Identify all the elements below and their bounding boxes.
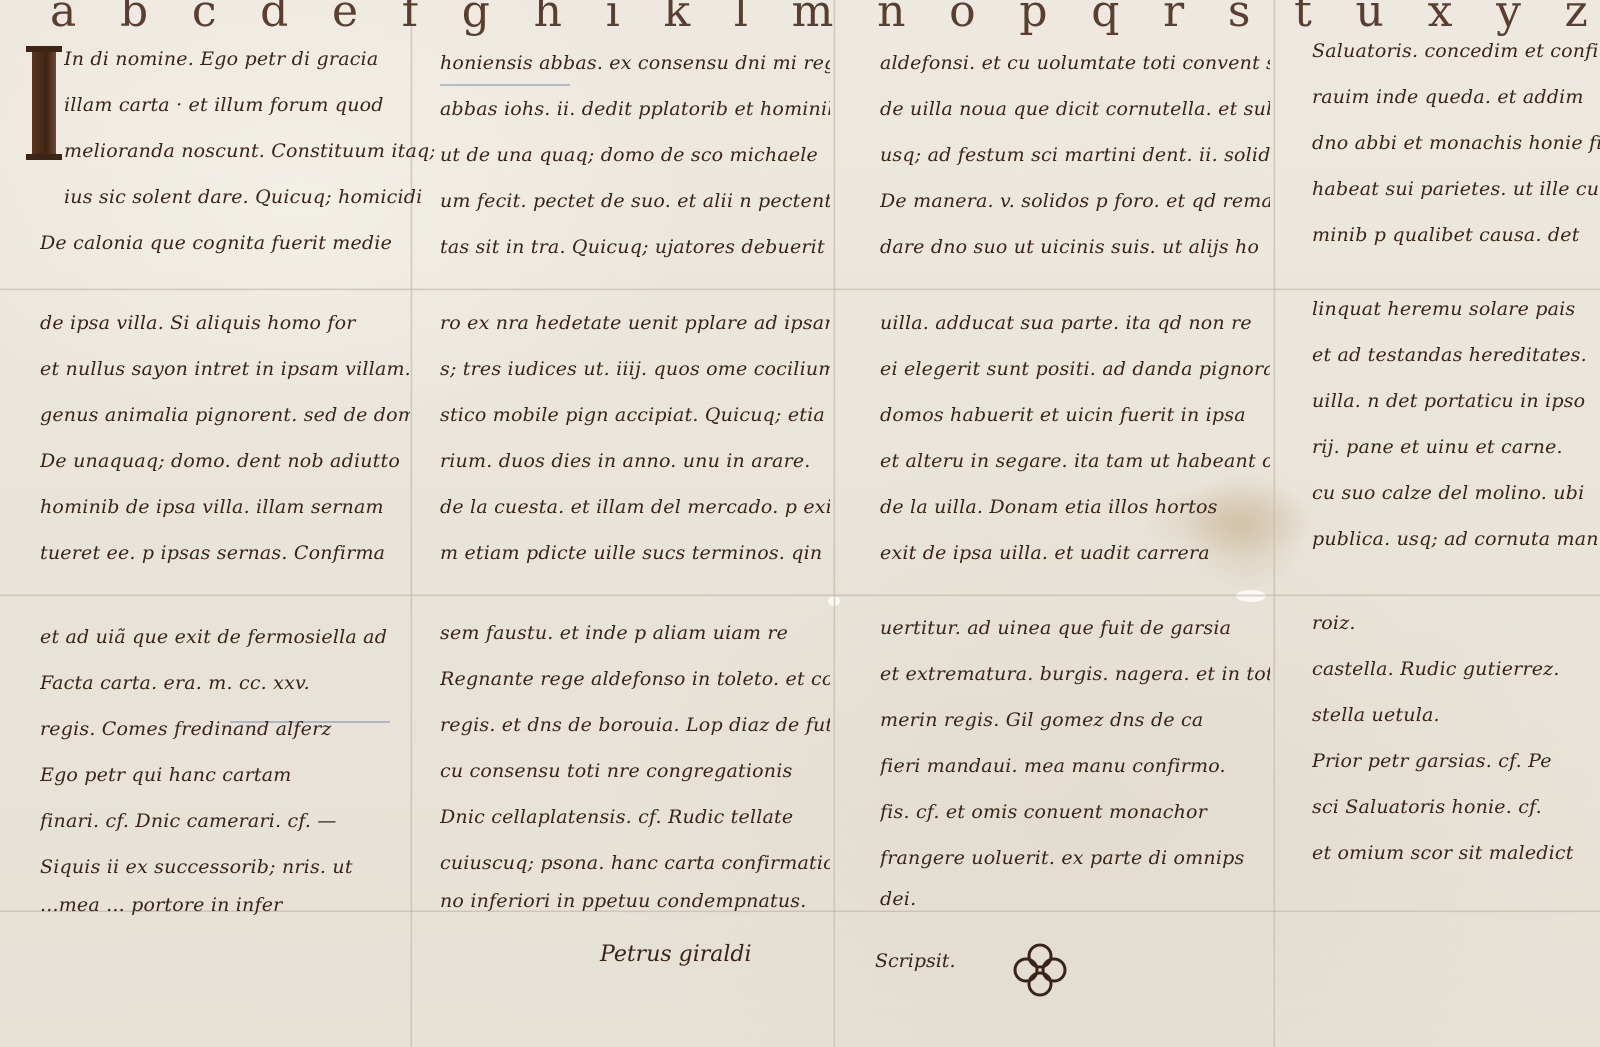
text-line: sem faustu. et inde p aliam uiam re — [440, 610, 830, 656]
alphabet-letter: m — [792, 0, 836, 26]
text-line: linquat heremu solare pais — [1312, 286, 1600, 332]
text-line: uilla. adducat sua parte. ita qd non re — [880, 300, 1270, 346]
text-line: dno abbi et monachis honie fi — [1312, 120, 1600, 166]
text-line: Regnante rege aldefonso in toleto. et co… — [440, 656, 830, 702]
text-line: ut de una quaq; domo de sco michaele — [440, 132, 830, 178]
text-line: de la cuesta. et illam del mercado. p ex… — [440, 484, 830, 530]
text-line: cu consensu toti nre congregationis — [440, 748, 830, 794]
alphabet-letter: k — [664, 0, 693, 26]
text-line: De calonia que cognita fuerit medie — [40, 220, 434, 266]
text-line: tas sit in tra. Quicuq; ujatores debueri… — [440, 224, 830, 270]
text-line: finari. cf. Dnic camerari. cf. — — [40, 798, 410, 844]
alphabet-letter: f — [402, 0, 420, 26]
text-line: usq; ad festum sci martini dent. ii. sol… — [880, 132, 1270, 178]
alphabet-letter: l — [734, 0, 750, 26]
text-line: frangere uoluerit. ex parte di omnips — [880, 835, 1270, 881]
text-block: uilla. adducat sua parte. ita qd non re … — [880, 300, 1270, 576]
text-line: melioranda noscunt. Constituum itaq; — [64, 128, 434, 174]
text-block: Saluatoris. concedim et confir rauim ind… — [1312, 28, 1600, 258]
text-line: genus animalia pignorent. sed de dome — [40, 392, 410, 438]
text-line: habeat sui parietes. ut ille cui mane — [1312, 166, 1600, 212]
scribe-name: Petrus giraldi — [600, 942, 752, 967]
scribe-knot-icon — [1010, 940, 1070, 1000]
text-line: Facta carta. era. m. cc. xxv. — [40, 660, 410, 706]
text-line: De unaquaq; domo. dent nob adiutto — [40, 438, 410, 484]
text-line: De manera. v. solidos p foro. et qd rema… — [880, 178, 1270, 224]
text-line: de la uilla. Donam etia illos hortos — [880, 484, 1270, 530]
text-line: merin regis. Gil gomez dns de ca — [880, 697, 1270, 743]
alphabet-letter: e — [332, 0, 360, 26]
text-line: Prior petr garsias. cf. Pe — [1312, 738, 1600, 784]
scripsit-text: Scripsit. — [875, 950, 955, 972]
text-line: sci Saluatoris honie. cf. — [1312, 784, 1600, 830]
text-line: publica. usq; ad cornuta man — [1312, 516, 1600, 562]
text-line: et ad uiã que exit de fermosiella ad — [40, 614, 410, 660]
text-block: sem faustu. et inde p aliam uiam re Regn… — [440, 610, 830, 916]
text-line: dei. — [880, 881, 1270, 917]
alphabet-letter: z — [1565, 0, 1590, 26]
text-block: roiz. castella. Rudic gutierrez. stella … — [1312, 600, 1600, 876]
text-line: stella uetula. — [1312, 692, 1600, 738]
text-line: rium. duos dies in anno. unu in arare. — [440, 438, 830, 484]
text-line: abbas iohs. ii. dedit pplatorib et homin… — [440, 86, 830, 132]
text-block: aldefonsi. et cu uolumtate toti convent … — [880, 40, 1270, 270]
alphabet-letter: c — [192, 0, 219, 26]
alphabet-letter: r — [1163, 0, 1186, 26]
text-line: cu suo calze del molino. ubi — [1312, 470, 1600, 516]
text-line: ro ex nra hedetate uenit pplare ad ipsam — [440, 300, 830, 346]
text-line: Siquis ii ex successorib; nris. ut — [40, 844, 410, 890]
text-line: et omium scor sit maledict — [1312, 830, 1600, 876]
text-line: domos habuerit et uicin fuerit in ipsa — [880, 392, 1270, 438]
text-line: s; tres iudices ut. iiij. quos ome cocil… — [440, 346, 830, 392]
text-line: no inferiori in ppetuu condempnatus. — [440, 886, 830, 916]
alphabet-letter: u — [1356, 0, 1386, 26]
text-block: linquat heremu solare pais et ad testand… — [1312, 286, 1600, 562]
alphabet-letter: g — [462, 0, 492, 26]
text-line: ...mea ... portore in infer — [40, 890, 410, 920]
alphabet-letter: b — [120, 0, 150, 26]
text-line: uertitur. ad uinea que fuit de garsia — [880, 605, 1270, 651]
text-line: Saluatoris. concedim et confir — [1312, 28, 1600, 74]
alphabet-letter: s — [1228, 0, 1253, 26]
text-line: Ego petr qui hanc cartam — [40, 752, 410, 798]
text-line: tueret ee. p ipsas sernas. Confirma — [40, 530, 410, 576]
text-line: ius sic solent dare. Quicuq; homicidi — [64, 174, 434, 220]
alphabet-letter: d — [260, 0, 290, 26]
text-line: castella. Rudic gutierrez. — [1312, 646, 1600, 692]
text-line: cuiuscuq; psona. hanc carta confirmation… — [440, 840, 830, 886]
text-line: m etiam pdicte uille sucs terminos. qin — [440, 530, 830, 576]
alphabet-letter: h — [534, 0, 564, 26]
text-block: honiensis abbas. ex consensu dni mi regi… — [440, 40, 830, 270]
text-line: et extrematura. burgis. nagera. et in to… — [880, 651, 1270, 697]
text-line: rauim inde queda. et addim — [1312, 74, 1600, 120]
chirograph-alphabet: a b c d e f g h i k l m n o p q r s t u … — [50, 0, 1590, 26]
text-line: regis. et dns de borouia. Lop diaz de fu… — [440, 702, 830, 748]
text-line: rij. pane et uinu et carne. — [1312, 424, 1600, 470]
text-line: minib p qualibet causa. det — [1312, 212, 1600, 258]
text-line: hominib de ipsa villa. illam sernam — [40, 484, 410, 530]
alphabet-letter: x — [1428, 0, 1455, 26]
text-block: de ipsa villa. Si aliquis homo for et nu… — [40, 300, 410, 576]
text-line: exit de ipsa uilla. et uadit carrera — [880, 530, 1270, 576]
text-block: In di nomine. Ego petr di gracia illam c… — [40, 36, 434, 266]
alphabet-letter: q — [1091, 0, 1121, 26]
alphabet-letter: n — [877, 0, 907, 26]
text-line: de uilla noua que dicit cornutella. et s… — [880, 86, 1270, 132]
text-line: regis. Comes fredinand alferz — [40, 706, 410, 752]
alphabet-letter: t — [1294, 0, 1314, 26]
text-line: roiz. — [1312, 600, 1600, 646]
text-block: ro ex nra hedetate uenit pplare ad ipsam… — [440, 300, 830, 576]
text-line: um fecit. pectet de suo. et alii n pecte… — [440, 178, 830, 224]
text-line: In di nomine. Ego petr di gracia — [64, 36, 434, 82]
text-block: et ad uiã que exit de fermosiella ad Fac… — [40, 614, 410, 920]
text-line: honiensis abbas. ex consensu dni mi regi… — [440, 40, 830, 86]
text-line: et nullus sayon intret in ipsam villam. — [40, 346, 410, 392]
text-line: fieri mandaui. mea manu confirmo. — [880, 743, 1270, 789]
text-line: aldefonsi. et cu uolumtate toti convent … — [880, 40, 1270, 86]
alphabet-letter: o — [949, 0, 978, 26]
text-line: et ad testandas hereditates. — [1312, 332, 1600, 378]
text-line: et alteru in segare. ita tam ut habeant … — [880, 438, 1270, 484]
text-line: uilla. n det portaticu in ipso — [1312, 378, 1600, 424]
alphabet-letter: a — [50, 0, 78, 26]
alphabet-letter: p — [1019, 0, 1049, 26]
alphabet-letter: y — [1496, 0, 1523, 26]
text-line: stico mobile pign accipiat. Quicuq; etia — [440, 392, 830, 438]
alphabet-letter: i — [606, 0, 622, 26]
text-block: uertitur. ad uinea que fuit de garsia et… — [880, 605, 1270, 917]
text-line: dare dno suo ut uicinis suis. ut alijs h… — [880, 224, 1270, 270]
text-line: fis. cf. et omis conuent monachor — [880, 789, 1270, 835]
text-line: illam carta · et illum forum quod — [64, 82, 434, 128]
text-line: Dnic cellaplatensis. cf. Rudic tellate — [440, 794, 830, 840]
text-line: de ipsa villa. Si aliquis homo for — [40, 300, 410, 346]
text-line: ei elegerit sunt positi. ad danda pignor… — [880, 346, 1270, 392]
